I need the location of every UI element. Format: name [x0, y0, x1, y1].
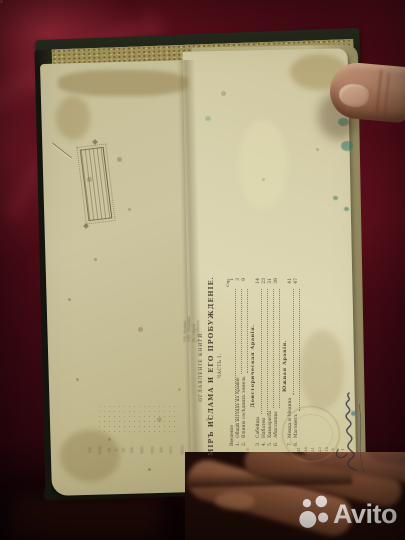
dot-leader — [270, 289, 274, 408]
photo-scene: VII. VIII. IX. X. XI. XII. XIII. XIV. XV… — [0, 0, 405, 540]
foxing-spots — [0, 0, 3, 3]
dot-leader — [244, 289, 248, 373]
page-stain — [58, 70, 188, 96]
page-stain — [60, 430, 120, 482]
avito-logo-icon — [297, 494, 333, 534]
dot-leader — [296, 289, 300, 411]
page-highlight — [238, 120, 288, 210]
toc-row: 6. Абиссинцы 38 — [274, 272, 280, 460]
numeral: X. — [114, 447, 119, 451]
dot-leader — [258, 289, 262, 414]
velvet-shadow — [10, 496, 160, 540]
numeral: IX. — [107, 446, 112, 452]
toc-page: 9 — [242, 278, 248, 286]
toc-num: 2. — [242, 438, 248, 446]
toc-part-label: ЧАСТЬ І. — [218, 272, 223, 460]
dot-leader — [264, 289, 268, 415]
gutter-toc-items: VII. Мекка VIII. Медина IX. Сирія X. Еги… — [183, 280, 201, 342]
numeral: XVII. — [179, 444, 184, 454]
toc-label: Вліяніе сосѣднихъ земель — [242, 376, 248, 438]
toc-label: X. Египетъ — [196, 280, 200, 342]
toc-label: Абиссинцы — [274, 411, 280, 438]
page-stain — [56, 96, 90, 140]
finger-highlight — [215, 492, 255, 510]
toc-row: 2. Вліяніе сосѣднихъ земель 9 — [242, 272, 248, 460]
numeral: XIII. — [139, 445, 144, 454]
green-pencil-mark — [341, 141, 353, 151]
numeral: XIV. — [149, 445, 154, 453]
dot-leader — [276, 289, 280, 408]
showthrough-numerals: VII. VIII. IX. X. XI. XII. XIII. XIV. XV… — [86, 442, 182, 456]
numeral: XVI. — [168, 445, 173, 454]
green-pencil-speck — [344, 207, 349, 211]
showthrough-dot-leaders — [97, 404, 179, 434]
numeral: VIII. — [97, 445, 102, 454]
numeral: VII. — [87, 445, 92, 452]
green-pencil-speck — [205, 116, 211, 121]
numeral: XV. — [158, 446, 163, 452]
toc-num: 6. — [274, 438, 280, 446]
avito-watermark-text: Avito — [333, 494, 397, 534]
numeral: XII. — [129, 445, 134, 452]
book-title: МІРЪ ИСЛАМА И ЕГО ПРОБУЖДЕНІЕ. — [207, 272, 215, 460]
avito-watermark: Avito — [297, 492, 403, 536]
toc-page: 38 — [274, 278, 280, 286]
numeral: XI. — [120, 446, 125, 452]
green-pencil-speck — [333, 196, 338, 200]
dot-leader — [290, 289, 294, 395]
signature-handwriting — [326, 388, 370, 476]
toc-page: 47 — [294, 278, 300, 286]
dot-leader — [238, 289, 242, 374]
